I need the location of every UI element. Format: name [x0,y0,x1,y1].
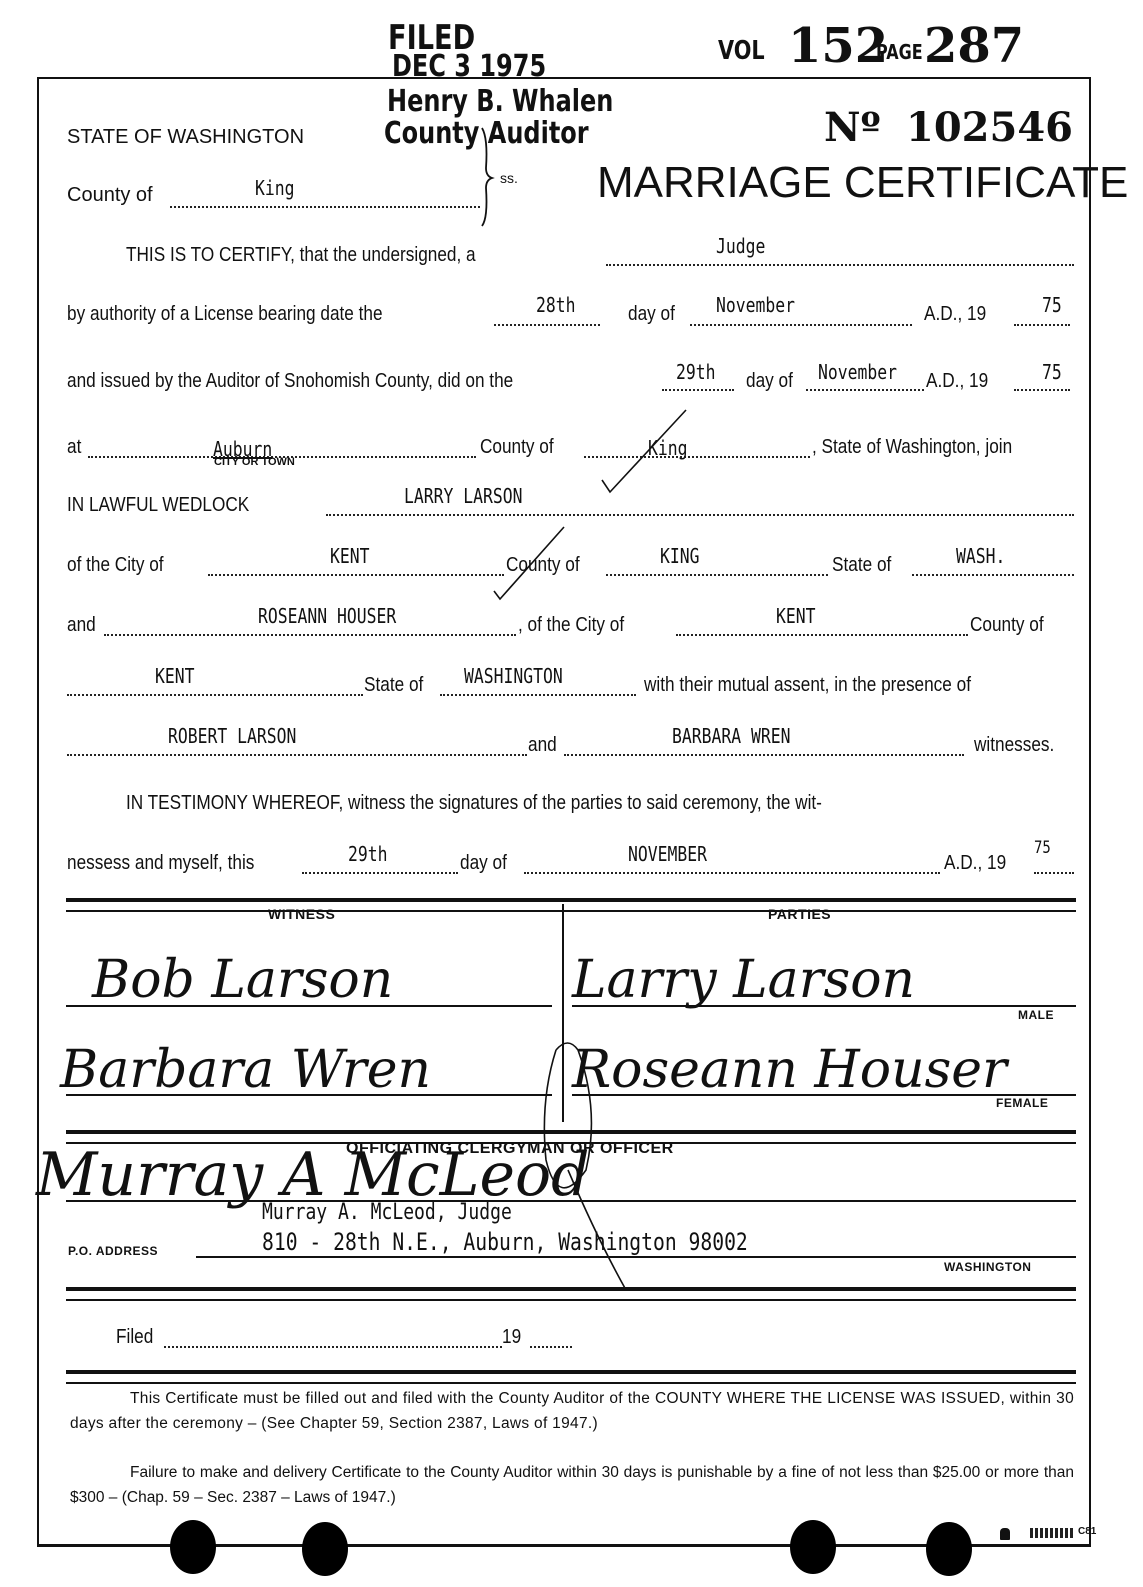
page-number: 287 [924,18,1024,74]
license-date-text: by authority of a License bearing date t… [67,303,383,326]
penalty-notice: Failure to make and delivery Certificate… [70,1460,1074,1510]
male-line [572,1005,1076,1007]
certify-text: THIS IS TO CERTIFY, that the undersigned… [126,244,476,267]
certificate-number-label: Nº [824,104,881,151]
binder-hole [170,1520,216,1574]
washington-label: WASHINGTON [944,1260,1031,1274]
day-of-label: day of [628,303,675,326]
filed-label: Filed [116,1326,153,1349]
filed-year-label: 19 [502,1326,521,1349]
testimony-text: IN TESTIMONY WHEREOF, witness the signat… [126,792,822,815]
bride-name-value: ROSEANN HOUSER [258,604,396,628]
po-address-label: P.O. ADDRESS [68,1244,158,1258]
state-of-label-2: State of [364,674,423,697]
ad-label: A.D., 19 [924,303,986,326]
lawful-wedlock-label: IN LAWFUL WEDLOCK [67,494,249,517]
binder-hole [302,1522,348,1576]
ad-label-2: A.D., 19 [926,370,988,393]
license-month-value: November [716,293,795,317]
officiant-typed-name: Murray A. McLeod, Judge [262,1200,512,1225]
county-value: King [255,176,295,200]
day-of-label-2: day of [746,370,793,393]
witness2-line [66,1094,552,1096]
binder-hole [926,1522,972,1576]
witness2-signature: Barbara Wren [60,1040,431,1100]
male-signature: Larry Larson [572,950,915,1010]
witness1-signature: Bob Larson [92,950,393,1010]
ad-label-3: A.D., 19 [944,852,1006,875]
officiant-type-value: Judge [716,234,765,258]
address-line [196,1256,1076,1258]
ss-label: ss. [500,170,518,186]
of-city-label: of the City of [67,554,164,577]
auditor-name: Henry B. Whalen [387,84,613,119]
at-label: at [67,436,81,459]
ceremony-day-value: 29th [676,360,716,384]
vol-label: VOL [718,36,765,66]
and-label: and [67,614,96,637]
license-day-value: 28th [536,293,576,317]
state-join-text: , State of Washington, join [812,436,1012,459]
bride-county-value: KENT [155,664,195,688]
female-label: FEMALE [996,1096,1048,1110]
city-or-town-label: CITY OR TOWN [214,456,295,468]
state-label: STATE OF WASHINGTON [67,126,304,149]
section-divider [66,898,1076,912]
groom-county-value: KING [660,544,700,568]
sign-month-value: NOVEMBER [628,842,707,866]
groom-name-value: LARRY LARSON [404,484,522,508]
witness2-value: BARBARA WREN [672,724,790,748]
sign-year-value: 75 [1034,838,1051,858]
brace-icon [478,128,498,228]
nessess-text: nessess and myself, this [67,852,254,875]
day-of-label-3: day of [460,852,507,875]
mutual-assent-text: with their mutual assent, in the presenc… [644,674,971,697]
filed-divider-bottom [66,1370,1076,1384]
and-label-2: and [528,734,557,757]
ceremony-year-value: 75 [1042,360,1062,384]
checkmark-icon [600,410,690,600]
witnesses-label: witnesses. [974,734,1054,757]
officiant-address: 810 - 28th N.E., Auburn, Washington 9800… [262,1228,748,1256]
printer-logo-icon [1000,1528,1010,1540]
county-of-label-3: County of [970,614,1044,637]
witness1-line [66,1005,552,1007]
bride-state-value: WASHINGTON [464,664,563,688]
state-of-label: State of [832,554,891,577]
printer-mark-icon [1030,1528,1074,1538]
bride-city-value: KENT [776,604,816,628]
sign-day-value: 29th [348,842,388,866]
officiant-line [66,1200,1076,1202]
witness-header: WITNESS [268,906,335,922]
county-of-label-2: County of [506,554,580,577]
filed-date: DEC 3 1975 [392,52,546,82]
witness1-value: ROBERT LARSON [168,724,296,748]
ceremony-month-value: November [818,360,897,384]
filing-notice: This Certificate must be filled out and … [70,1386,1074,1436]
certificate-title: MARRIAGE CERTIFICATE [597,158,1128,208]
page-label: PAGE [876,40,923,64]
filed-divider-top [66,1287,1076,1301]
printer-code: C81 [1078,1526,1096,1537]
certificate-number: 102546 [906,104,1073,151]
license-year-value: 75 [1042,293,1062,317]
female-signature: Roseann Houser [572,1040,1007,1100]
of-city-label-2: , of the City of [518,614,624,637]
parties-header: PARTIES [768,906,831,922]
male-label: MALE [1018,1008,1054,1022]
groom-city-value: KENT [330,544,370,568]
county-of-label: County of [480,436,554,459]
binder-hole [790,1520,836,1574]
issued-text: and issued by the Auditor of Snohomish C… [67,370,513,393]
vol-number: 152 [788,18,888,74]
county-label: County of [67,184,153,207]
groom-state-value: WASH. [956,544,1005,568]
